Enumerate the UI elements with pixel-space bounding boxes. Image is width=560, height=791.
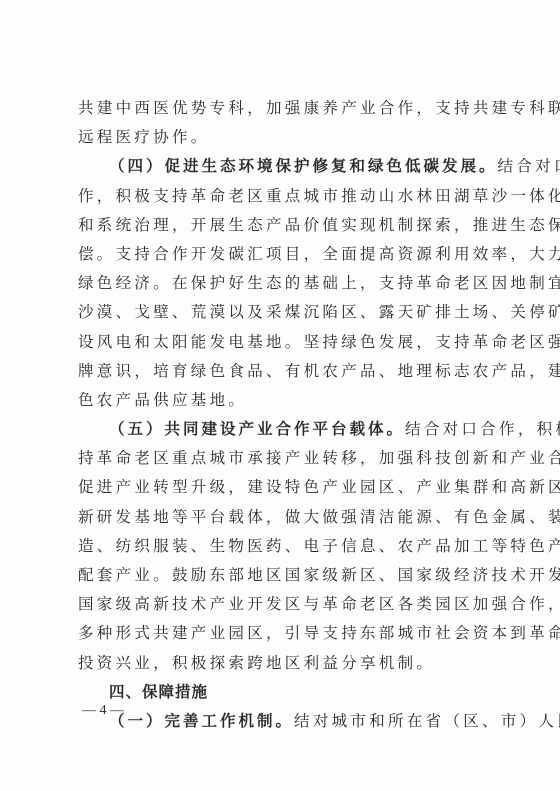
section-title: （四）促进生态环境保护修复和绿色低碳发展。 [109, 157, 498, 175]
line-text: 造、纺织服装、生物医药、电子信息、农产品加工等特色产业及 [78, 537, 560, 555]
line-text: 共建中西医优势专科，加强康养产业合作，支持共建专科联盟和 [78, 99, 560, 117]
line-text: 新研发基地等平台载体，做大做强清洁能源、有色金属、装备制 [78, 508, 560, 526]
line-text: 和系统治理，开展生态产品价值实现机制探索，推进生态保护补 [78, 216, 560, 234]
text-line: 国家级高新技术产业开发区与革命老区各类园区加强合作，通过 [78, 590, 484, 619]
line-text: 设风电和太阳能发电基地。坚持绿色发展，支持革命老区强化品 [78, 333, 560, 351]
text-line: 设风电和太阳能发电基地。坚持绿色发展，支持革命老区强化品 [78, 328, 484, 357]
line-text: 色农产品供应基地。 [78, 391, 247, 409]
section-title: （五）共同建设产业合作平台载体。 [109, 420, 405, 438]
text-line: 造、纺织服装、生物医药、电子信息、农产品加工等特色产业及 [78, 532, 484, 561]
text-line: 新研发基地等平台载体，做大做强清洁能源、有色金属、装备制 [78, 503, 484, 532]
text-line: 色农产品供应基地。 [78, 386, 484, 415]
section-title: （一）完善工作机制。 [109, 712, 294, 730]
text-line: 共建中西医优势专科，加强康养产业合作，支持共建专科联盟和 [78, 94, 484, 123]
section-lead-line: （四）促进生态环境保护修复和绿色低碳发展。结合对口合 [78, 152, 484, 181]
section-lead-line: （一）完善工作机制。结对城市和所在省（区、市）人民政 [78, 707, 484, 736]
line-text: 配套产业。鼓励东部地区国家级新区、国家级经济技术开发区、 [78, 566, 560, 584]
line-text: 沙漠、戈壁、荒漠以及采煤沉陷区、露天矿排土场、关停矿区建 [78, 303, 560, 321]
line-text: 持革命老区重点城市承接产业转移，加强科技创新和产业合作， [78, 449, 560, 467]
document-body: 共建中西医优势专科，加强康养产业合作，支持共建专科联盟和 远程医疗协作。 （四）… [78, 94, 484, 736]
text-line: 作，积极支持革命老区重点城市推动山水林田湖草沙一体化保护 [78, 182, 484, 211]
text-line: 多种形式共建产业园区，引导支持东部城市社会资本到革命老区 [78, 619, 484, 648]
text-line: 沙漠、戈壁、荒漠以及采煤沉陷区、露天矿排土场、关停矿区建 [78, 298, 484, 327]
chapter-heading: 四、保障措施 [109, 683, 208, 701]
line-text: 国家级高新技术产业开发区与革命老区各类园区加强合作，通过 [78, 595, 560, 613]
line-text: 远程医疗协作。 [78, 128, 210, 146]
text-line: 牌意识，培育绿色食品、有机农产品、地理标志农产品，建设绿 [78, 357, 484, 386]
line-text: 作，积极支持革命老区重点城市推动山水林田湖草沙一体化保护 [78, 187, 560, 205]
line-text: 结合对口合作，积极支 [405, 420, 560, 438]
section-lead-line: （五）共同建设产业合作平台载体。结合对口合作，积极支 [78, 415, 484, 444]
text-line: 投资兴业，积极探索跨地区利益分享机制。 [78, 649, 484, 678]
text-line: 远程医疗协作。 [78, 123, 484, 152]
line-text: 结合对口合 [498, 157, 560, 175]
line-text: 绿色经济。在保护好生态的基础上，支持革命老区因地制宜利用 [78, 274, 560, 292]
line-text: 投资兴业，积极探索跨地区利益分享机制。 [78, 654, 435, 672]
text-line: 和系统治理，开展生态产品价值实现机制探索，推进生态保护补 [78, 211, 484, 240]
page-number: — 4 — [82, 703, 124, 719]
chapter-heading-line: 四、保障措施 [78, 678, 484, 707]
line-text: 结对城市和所在省（区、市）人民政 [294, 712, 560, 730]
text-line: 持革命老区重点城市承接产业转移，加强科技创新和产业合作， [78, 444, 484, 473]
text-line: 绿色经济。在保护好生态的基础上，支持革命老区因地制宜利用 [78, 269, 484, 298]
text-line: 偿。支持合作开发碳汇项目，全面提高资源利用效率，大力发展 [78, 240, 484, 269]
line-text: 偿。支持合作开发碳汇项目，全面提高资源利用效率，大力发展 [78, 245, 560, 263]
text-line: 配套产业。鼓励东部地区国家级新区、国家级经济技术开发区、 [78, 561, 484, 590]
line-text: 促进产业转型升级，建设特色产业园区、产业集群和高新区、创 [78, 478, 560, 496]
line-text: 多种形式共建产业园区，引导支持东部城市社会资本到革命老区 [78, 624, 560, 642]
document-page: 共建中西医优势专科，加强康养产业合作，支持共建专科联盟和 远程医疗协作。 （四）… [0, 0, 560, 791]
text-line: 促进产业转型升级，建设特色产业园区、产业集群和高新区、创 [78, 473, 484, 502]
line-text: 牌意识，培育绿色食品、有机农产品、地理标志农产品，建设绿 [78, 362, 560, 380]
